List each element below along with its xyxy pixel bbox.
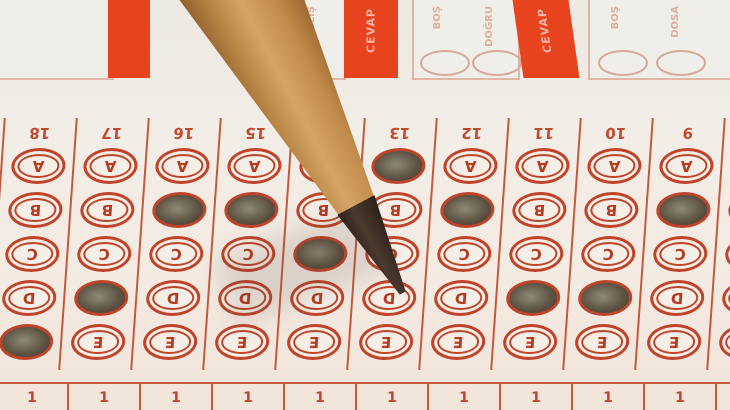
bubble-letter: B <box>586 195 636 225</box>
answer-bubble-d[interactable]: D <box>433 280 490 316</box>
answer-bubble-e[interactable]: E <box>358 324 415 360</box>
row-number-fragment: 1 <box>171 390 181 406</box>
answer-bubble-a[interactable]: A <box>442 148 499 184</box>
answer-bubble-e[interactable]: E <box>214 324 271 360</box>
bubble-letter: E <box>361 327 411 357</box>
header-label: BOŞ <box>432 6 443 29</box>
next-row-cell: 1 <box>571 384 643 410</box>
header-label: BOŞ <box>610 6 621 29</box>
bubble-letter: C <box>655 239 705 269</box>
answer-bubble-e[interactable]: E <box>646 324 703 360</box>
bubble-letter: D <box>724 283 730 313</box>
next-row-strip: 11111111111 <box>0 382 730 410</box>
answer-bubble-c[interactable]: C <box>508 236 565 272</box>
row-number-fragment: 1 <box>243 390 253 406</box>
answer-bubble-d[interactable]: D <box>145 280 202 316</box>
answer-bubble-c[interactable]: C <box>652 236 709 272</box>
bubble-letter: C <box>583 239 633 269</box>
bubble-letter: B <box>10 195 60 225</box>
next-row-cell: 1 <box>715 384 730 410</box>
bubble-letter: C <box>79 239 129 269</box>
bubble-letter: A <box>85 151 135 181</box>
bubble-letter: E <box>577 327 627 357</box>
next-row-cell: 1 <box>0 384 67 410</box>
header-box: BOŞ DOĞRU <box>412 0 520 80</box>
question-number: 10 <box>580 124 651 142</box>
answer-bubble-a[interactable]: A <box>154 148 211 184</box>
answer-sheet-photo: YANLIŞ CEVAP BOŞ DOĞRU CEVAP BOŞ DOSA 18… <box>0 0 730 410</box>
answer-bubble-e[interactable]: E <box>286 324 343 360</box>
bubble-letter: C <box>511 239 561 269</box>
header-oval <box>656 50 706 76</box>
question-number: 16 <box>148 124 219 142</box>
bubble-letter: E <box>73 327 123 357</box>
answer-bubble-b[interactable]: B <box>151 192 208 228</box>
bubble-letter: E <box>289 327 339 357</box>
answer-bubble-c[interactable]: C <box>148 236 205 272</box>
bubble-letter: D <box>4 283 54 313</box>
answer-bubble-e[interactable]: E <box>430 324 487 360</box>
header-oval <box>598 50 648 76</box>
bubble-letter: B <box>82 195 132 225</box>
question-number: 11 <box>508 124 579 142</box>
question-number: 17 <box>76 124 147 142</box>
bubble-letter: A <box>13 151 63 181</box>
header-box: BOŞ DOSA <box>588 0 730 80</box>
row-number-fragment: 1 <box>531 390 541 406</box>
answer-bubble-d[interactable]: D <box>721 280 730 316</box>
row-number-fragment: 1 <box>603 390 613 406</box>
answer-bubble-b[interactable]: B <box>655 192 712 228</box>
answer-bubble-b[interactable]: B <box>511 192 568 228</box>
answer-bubble-d[interactable]: D <box>73 280 130 316</box>
answer-bubble-b[interactable]: B <box>7 192 64 228</box>
answer-bubble-a[interactable]: A <box>514 148 571 184</box>
next-row-cell: 1 <box>643 384 715 410</box>
bubble-letter: A <box>517 151 567 181</box>
bubble-letter: E <box>145 327 195 357</box>
answer-bubble-d[interactable]: D <box>577 280 634 316</box>
next-row-cell: 1 <box>211 384 283 410</box>
answer-bubble-a[interactable]: A <box>586 148 643 184</box>
bubble-letter: D <box>436 283 486 313</box>
bubble-letter: E <box>217 327 267 357</box>
bubble-letter: D <box>148 283 198 313</box>
row-number-fragment: 1 <box>99 390 109 406</box>
answer-bubble-b[interactable]: B <box>79 192 136 228</box>
next-row-cell: 1 <box>67 384 139 410</box>
header-red-tab: CEVAP <box>513 0 580 78</box>
row-number-fragment: 1 <box>315 390 325 406</box>
answer-bubble-a[interactable]: A <box>10 148 67 184</box>
bubble-letter: E <box>649 327 699 357</box>
answer-bubble-b[interactable]: B <box>439 192 496 228</box>
answer-bubble-c[interactable]: C <box>76 236 133 272</box>
header-label: DOĞRU <box>484 6 495 47</box>
answer-bubble-a[interactable]: A <box>82 148 139 184</box>
question-number: 9 <box>652 124 723 142</box>
bubble-letter: E <box>721 327 730 357</box>
row-number-fragment: 1 <box>459 390 469 406</box>
header-label: CEVAP <box>535 8 554 53</box>
header-oval <box>472 50 522 76</box>
bubble-letter: C <box>7 239 57 269</box>
header-label: DOSA <box>670 6 681 38</box>
answer-bubble-e[interactable]: E <box>502 324 559 360</box>
answer-bubble-b[interactable]: B <box>583 192 640 228</box>
bubble-letter: B <box>514 195 564 225</box>
bubble-letter: E <box>505 327 555 357</box>
row-number-fragment: 1 <box>27 390 37 406</box>
next-row-cell: 1 <box>355 384 427 410</box>
bubble-letter: E <box>433 327 483 357</box>
answer-bubble-d[interactable]: D <box>649 280 706 316</box>
header-oval <box>420 50 470 76</box>
next-row-cell: 1 <box>427 384 499 410</box>
row-number-fragment: 1 <box>675 390 685 406</box>
bubble-letter: D <box>652 283 702 313</box>
answer-bubble-e[interactable]: E <box>142 324 199 360</box>
row-number-fragment: 1 <box>387 390 397 406</box>
answer-bubble-a[interactable]: A <box>658 148 715 184</box>
pencil-lead-tip <box>337 195 421 303</box>
bubble-letter: C <box>151 239 201 269</box>
answer-bubble-e[interactable]: E <box>718 324 730 360</box>
answer-bubble-c[interactable]: C <box>4 236 61 272</box>
bubble-letter: A <box>157 151 207 181</box>
bubble-letter: A <box>589 151 639 181</box>
answer-bubble-d[interactable]: D <box>505 280 562 316</box>
header-label: CEVAP <box>365 8 378 53</box>
header-box <box>0 0 114 80</box>
bubble-letter: A <box>445 151 495 181</box>
answer-bubble-d[interactable]: D <box>1 280 58 316</box>
answer-bubble-c[interactable]: C <box>724 236 730 272</box>
answer-bubble-b[interactable]: B <box>223 192 280 228</box>
next-row-cell: 1 <box>499 384 571 410</box>
question-number: 18 <box>4 124 75 142</box>
next-row-cell: 1 <box>139 384 211 410</box>
answer-bubble-c[interactable]: C <box>580 236 637 272</box>
question-number: 12 <box>436 124 507 142</box>
sheet-header-strip: YANLIŞ CEVAP BOŞ DOĞRU CEVAP BOŞ DOSA <box>0 0 730 92</box>
next-row-cell: 1 <box>283 384 355 410</box>
answer-bubble-e[interactable]: E <box>574 324 631 360</box>
answer-bubble-e[interactable]: E <box>0 324 54 360</box>
bubble-letter: A <box>661 151 711 181</box>
header-red-tab <box>108 0 150 78</box>
answer-bubble-e[interactable]: E <box>70 324 127 360</box>
question-number: 8 <box>724 124 730 142</box>
